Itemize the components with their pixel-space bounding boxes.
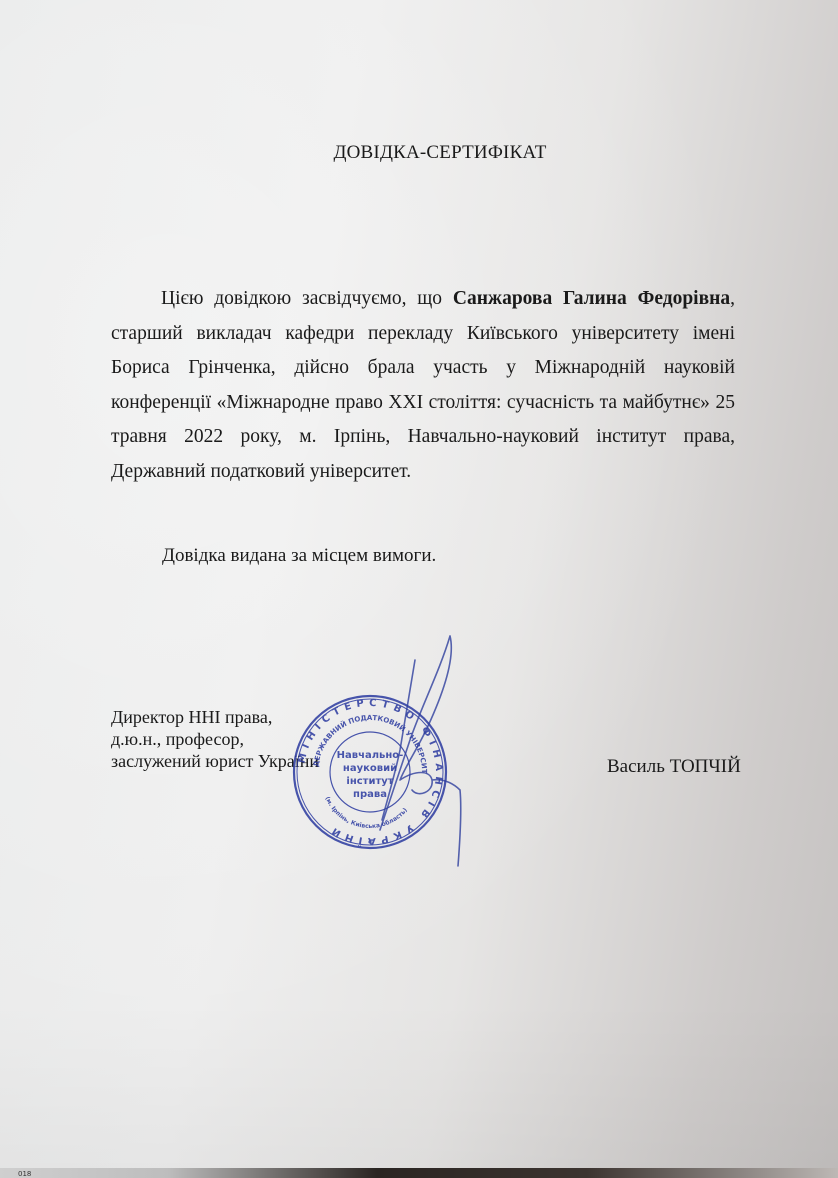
signer-degree: д.ю.н., професор, (111, 728, 319, 750)
footer-mark: 018 (18, 1170, 31, 1178)
signer-title: заслужений юрист України (111, 750, 319, 772)
issuance-note: Довідка видана за місцем вимоги. (162, 545, 436, 567)
participant-name: Санжарова Галина Федорівна (453, 288, 730, 309)
signer-name: Василь ТОПЧІЙ (607, 756, 741, 778)
document-title: ДОВІДКА-СЕРТИФІКАТ (0, 142, 838, 164)
body-intro: Цією довідкою засвідчуємо, що (161, 288, 453, 309)
signer-block: Директор ННІ права, д.ю.н., професор, за… (111, 706, 319, 772)
photo-bottom-edge (0, 1168, 838, 1178)
signer-position: Директор ННІ права, (111, 706, 319, 728)
certificate-body: Цією довідкою засвідчуємо, що Санжарова … (111, 282, 735, 489)
signature-icon (320, 630, 470, 870)
body-rest: , старший викладач кафедри перекладу Киї… (111, 288, 735, 482)
document-page: ДОВІДКА-СЕРТИФІКАТ Цією довідкою засвідч… (0, 0, 838, 1178)
